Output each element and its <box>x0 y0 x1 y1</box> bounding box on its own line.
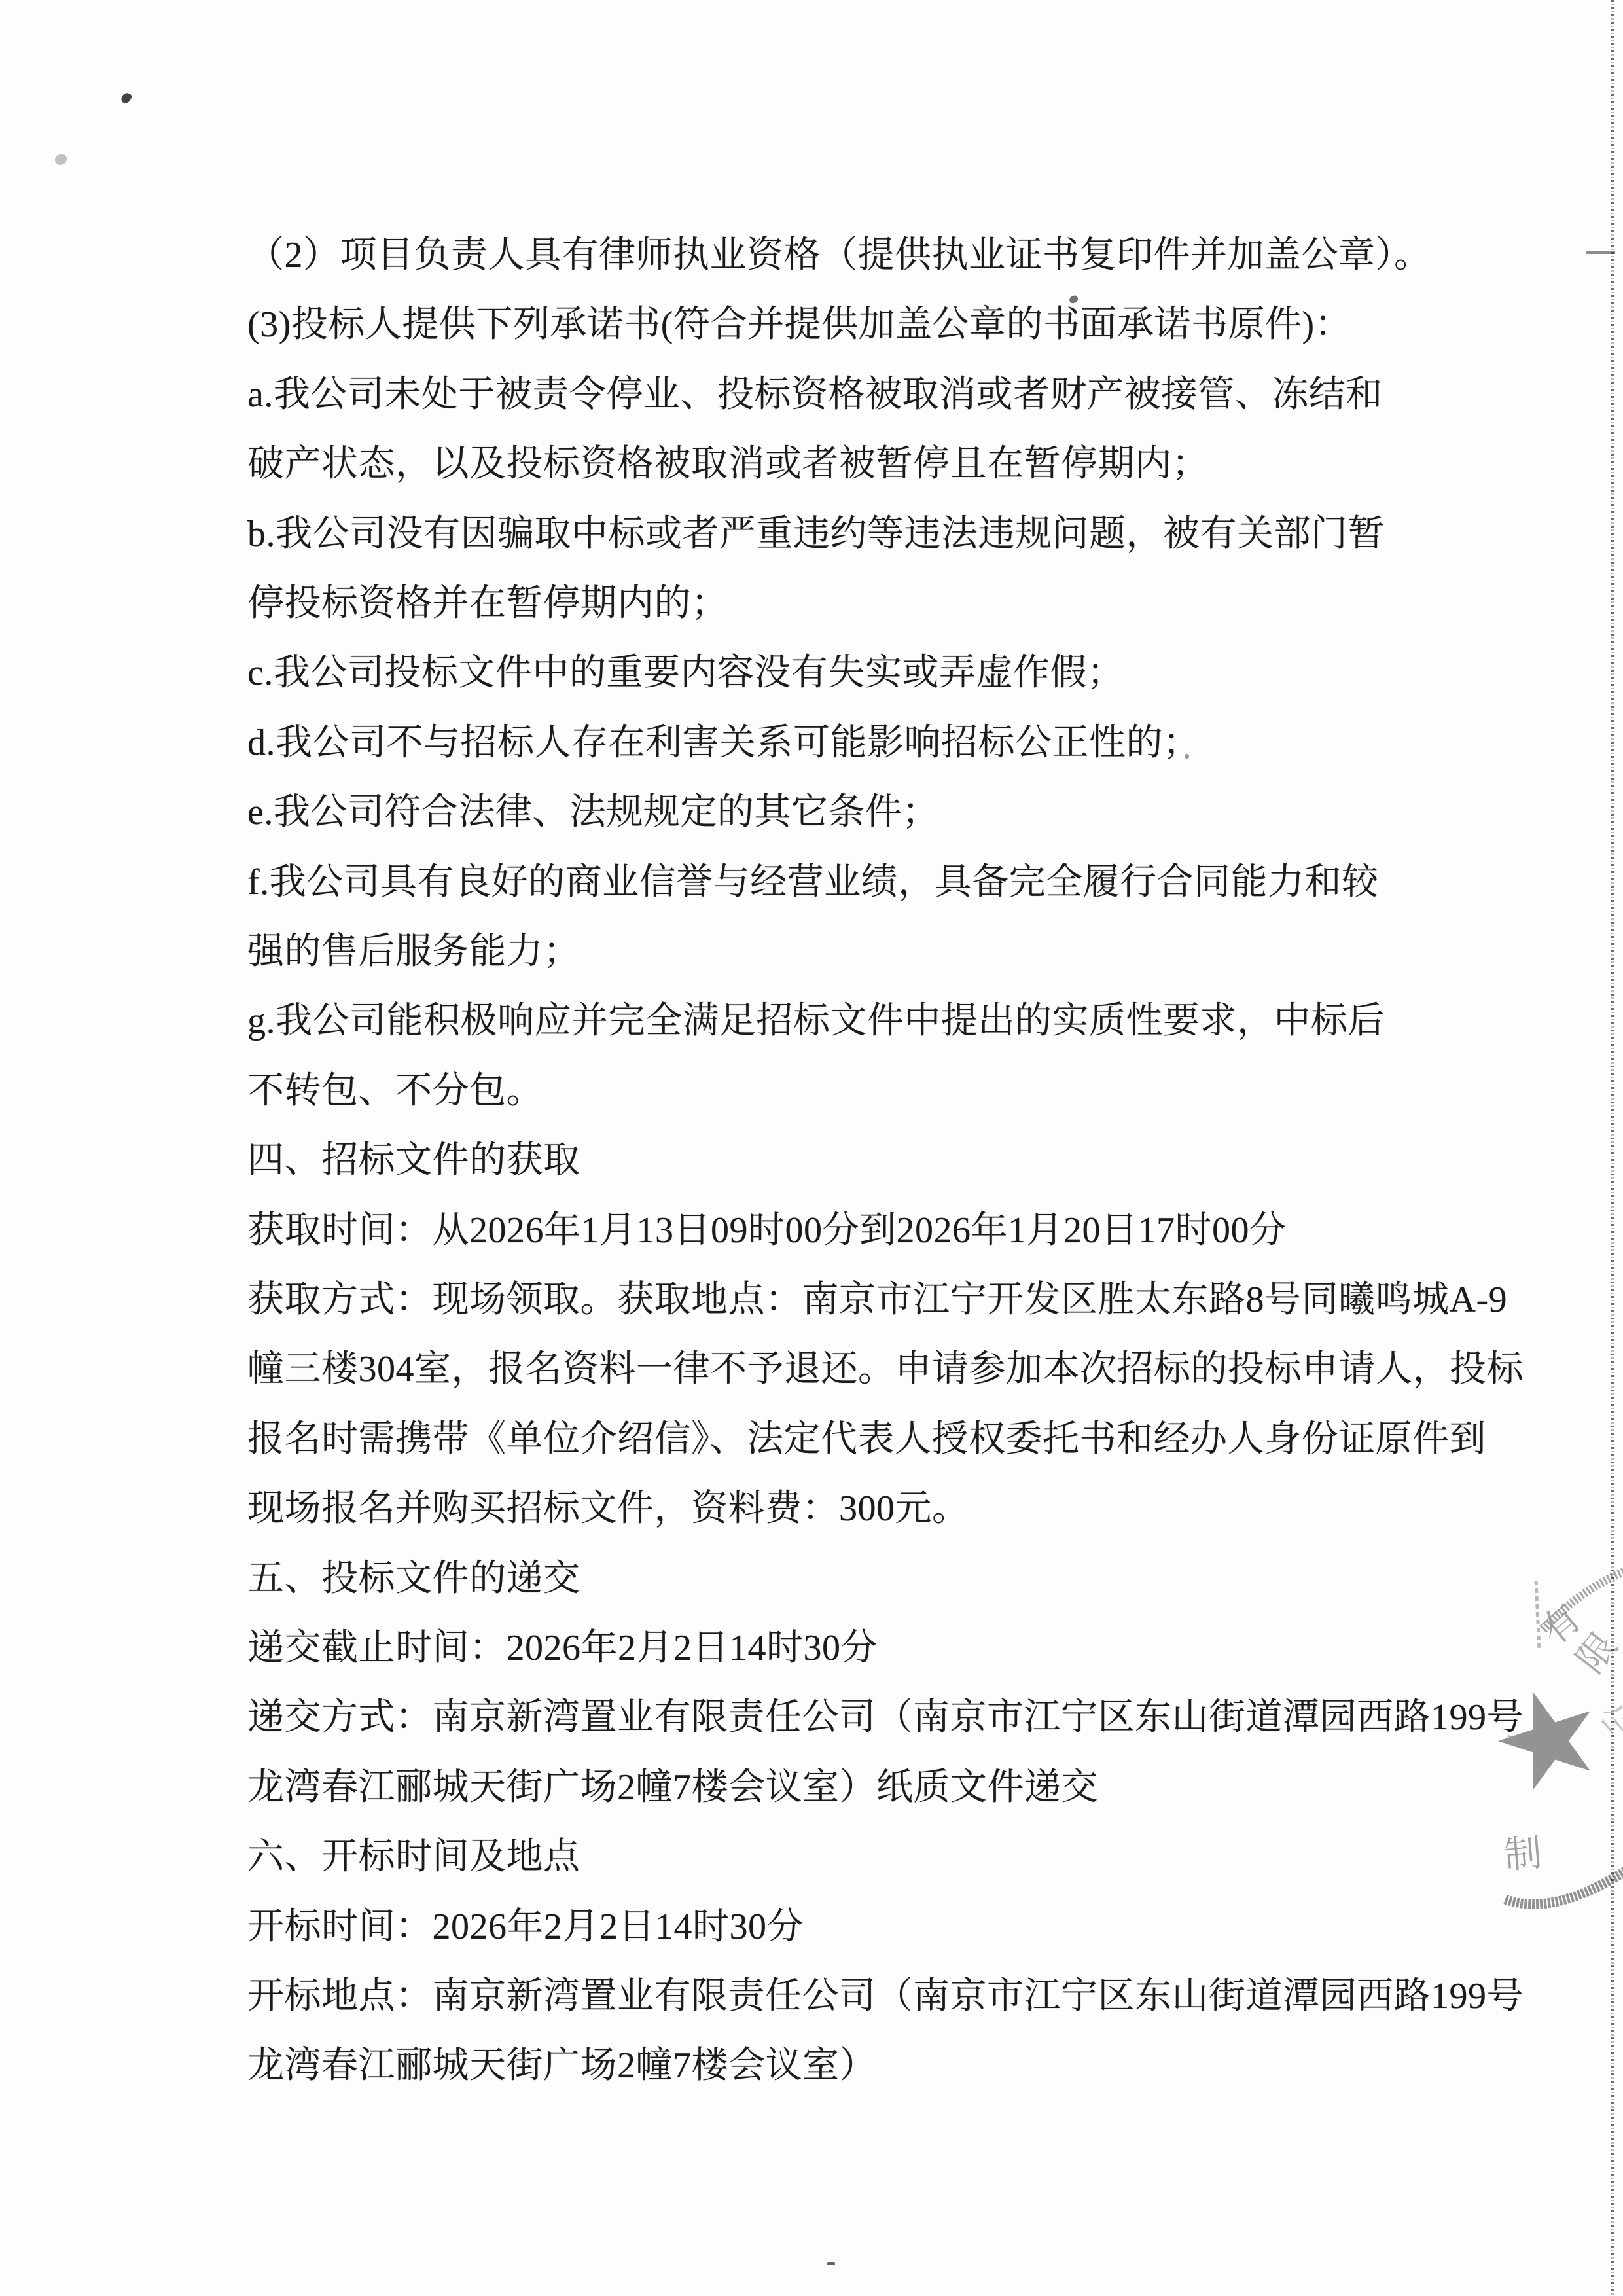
text-line: （2）项目负责人具有律师执业资格（提供执业证书复印件并加盖公章）。 <box>247 232 1431 278</box>
text-line: 递交截止时间：2026年2月2日14时30分 <box>247 1625 878 1671</box>
text-line: 获取时间：从2026年1月13日09时00分到2026年1月20日17时00分 <box>247 1208 1287 1253</box>
company-seal-stamp: 有 限 公 制 <box>1466 1551 1623 1957</box>
text-line: a.我公司未处于被责令停业、投标资格被取消或者财产被接管、冻结和 <box>247 372 1383 418</box>
seal-char-gong: 公 <box>1595 1699 1623 1745</box>
text-line: 开标地点：南京新湾置业有限责任公司（南京市江宁区东山街道潭园西路199号 <box>247 1973 1524 2019</box>
section-heading-4: 四、招标文件的获取 <box>247 1138 580 1183</box>
text-line: f.我公司具有良好的商业信誉与经营业绩，具备完全履行合同能力和较 <box>247 859 1379 905</box>
ink-speck <box>1185 754 1189 759</box>
seal-char-zhi: 制 <box>1502 1831 1543 1877</box>
text-line: 强的售后服务能力； <box>247 929 580 975</box>
ink-speck <box>120 92 133 105</box>
text-line: 龙湾春江郦城天街广场2幢7楼会议室） <box>247 2043 876 2089</box>
text-line: (3)投标人提供下列承诺书(符合并提供加盖公章的书面承诺书原件)： <box>247 302 1351 348</box>
text-line: d.我公司不与招标人存在利害关系可能影响招标公正性的； <box>247 720 1200 766</box>
scan-edge-dotted-line <box>1611 0 1614 2296</box>
seal-bottom-arc-line <box>1505 1871 1623 1904</box>
text-line: 报名时需携带《单位介绍信》、法定代表人授权委托书和经办人身份证原件到 <box>247 1416 1486 1462</box>
section-heading-6: 六、开标时间及地点 <box>247 1834 580 1880</box>
section-heading-5: 五、投标文件的递交 <box>247 1556 580 1602</box>
text-line: 开标时间：2026年2月2日14时30分 <box>247 1904 804 1950</box>
text-line: 现场报名并购买招标文件，资料费：300元。 <box>247 1486 969 1532</box>
text-line: 停投标资格并在暂停期内的； <box>247 581 728 626</box>
text-line: 不转包、不分包。 <box>247 1068 543 1114</box>
text-line: g.我公司能积极响应并完全满足招标文件中提出的实质性要求，中标后 <box>247 998 1385 1044</box>
text-line: b.我公司没有因骗取中标或者严重违约等违法违规问题，被有关部门暂 <box>247 511 1385 557</box>
ink-speck <box>827 2262 835 2265</box>
seal-star-icon <box>1498 1693 1590 1789</box>
text-line: 龙湾春江郦城天街广场2幢7楼会议室）纸质文件递交 <box>247 1765 1098 1810</box>
text-line: e.我公司符合法律、法规规定的其它条件； <box>247 789 939 835</box>
text-line: 幢三楼304室，报名资料一律不予退还。申请参加本次招标的投标申请人，投标 <box>247 1346 1524 1392</box>
ink-speck <box>55 154 67 165</box>
text-line: 递交方式：南京新湾置业有限责任公司（南京市江宁区东山街道潭园西路199号 <box>247 1695 1524 1740</box>
text-line: 获取方式：现场领取。获取地点：南京市江宁开发区胜太东路8号同曦鸣城A-9 <box>247 1277 1507 1323</box>
text-line: c.我公司投标文件中的重要内容没有失实或弄虚作假； <box>247 650 1124 696</box>
scanned-document-page: （2）项目负责人具有律师执业资格（提供执业证书复印件并加盖公章）。 (3)投标人… <box>0 0 1623 2296</box>
seal-graphic: 有 限 公 制 <box>1466 1551 1623 1957</box>
text-line: 破产状态，以及投标资格被取消或者被暂停且在暂停期内； <box>247 441 1209 487</box>
